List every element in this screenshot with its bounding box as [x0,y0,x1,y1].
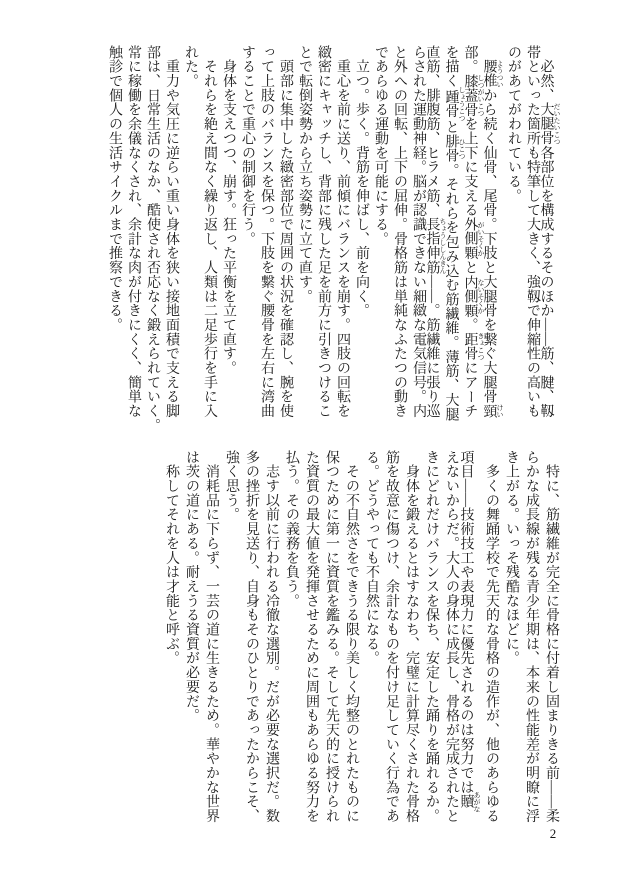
text-line: 志す以前に行われる冷徹な選別。だが必要な選択だ。数 [261,450,281,828]
text-line: 多の挫折を見送り、自身もそのひとりであったからこそ、 [241,450,261,828]
page-number: 2 [543,826,563,842]
text-line: 保つために第一に資質を鑑みる。そして先天的に授けられ [321,450,341,828]
text-line: れた。 [181,45,200,423]
text-line: 特に、筋繊維が完全に骨格に付着し固まりきる前――柔 [541,450,561,828]
text-line: 多くの舞踊学校で先天的な骨格の造作が、他のあらゆる [481,450,501,828]
text-line: らかな成長線が残る青少年期は、本来の性能差が明瞭に浮 [521,450,541,828]
text-line: は茨の道にある。耐えうる資質が必要だ。 [181,450,201,828]
text-line: って上肢のバランスを保つ。下肢を繋ぐ腰骨を左右に湾曲 [257,45,276,423]
ruby-annotated-term: 外側顆がいそくか [463,217,478,260]
text-line: 腰椎ようついから続く仙骨、尾骨。下肢と大腿骨を繋ぐ大腿骨頸けい [485,45,504,423]
text-line: 部は、日常生活のなか、酷使され否応なく鍛えられていく。 [143,45,162,423]
text-line: えないからだ。大人の身体に成長し、骨格が完成されたと [441,450,461,828]
text-line: その不自然さをできうる限り美しく均整のとれたものに [341,450,361,828]
text-line: それらを絶え間なく繰り返し、人類は二足歩行を手に入 [200,45,219,423]
text-line: 身体を鍛えるとはすなわち、完璧に計算尽くされた骨格 [401,450,421,828]
text-line: 緻密にキャッチし、背部に残した足を前方に引きつけるこ [314,45,333,423]
text-line: 立つ。歩く。背筋を伸ばし、前を向く。 [352,45,371,423]
text-line: らされた運動神経。脳が認識できない細緻な電気信号。内 [409,45,428,423]
text-line: 頭部に集中した緻密部位で周囲の状況を確認し、腕を使 [276,45,295,423]
text-line: のがあてがわれている。 [504,45,523,423]
ruby-annotated-term: 腓骨ひこつ [444,134,459,163]
ruby-annotated-term: 距骨きょこつ [463,332,478,361]
text-line: 筋を故意に傷つけ、余計なものを付け足していく行為であ [381,450,401,828]
text-line: た資質の最大値を発揮させるために周囲もあらゆる努力を [301,450,321,828]
text-line: る。どうやっても不自然になる。 [361,450,381,828]
text-line: 項目――技術技工や表現力に優先されるのは努力では贖あがな [461,450,481,828]
text-line: き上がる。いっそ残酷なほどに。 [501,450,521,828]
text-line: とで転倒姿勢から立ち姿勢に立て直す。 [295,45,314,423]
book-page: 必然、大腿骨だいたいこつ各部位を構成するそのほか――筋、腱、靱帯といった箇所も特… [0,0,633,888]
text-line: 触診で個人の生活サイクルまで推察できる。 [105,45,124,423]
ruby-annotated-term: 頸けい [482,404,497,418]
text-line: 身体を支えつつ、崩す。狂った平衡を立て直す。 [219,45,238,423]
text-line: 称してそれを人は才能と呼ぶ。 [161,450,181,828]
text-line: 帯といった箇所も特筆して大きく、強靱で伸縮性の高いも [523,45,542,423]
text-line: 重心を前に送り、前傾にバランスを崩す。四肢の回転を [333,45,352,423]
text-line: 必然、大腿骨だいたいこつ各部位を構成するそのほか――筋、腱、靱 [542,45,561,423]
vertical-text-block-upper: 必然、大腿骨だいたいこつ各部位を構成するそのほか――筋、腱、靱帯といった箇所も特… [105,45,561,423]
vertical-text-block-lower: 特に、筋繊維が完全に骨格に付着し固まりきる前――柔らかな成長線が残る青少年期は、… [161,450,561,828]
text-line: きにどれだけバランスを保ち、安定した踊りを踊れるか。 [421,450,441,828]
ruby-annotated-term: 踵骨しょうこつ [444,88,459,120]
text-line: することで重心の制御を行う。 [238,45,257,423]
text-line: と外への回転、上下の屈伸。骨格筋は単純なふたつの動き [390,45,409,423]
text-line: 重力や気圧に逆らい重い身体を狭い接地面積で支える脚 [162,45,181,423]
text-line: 常に稼働を余儀なくされ、余計な肉が付きにくく、簡単な [124,45,143,423]
text-line: 払う。その義務を負う。 [281,450,301,828]
text-line: 強く思う。 [221,450,241,828]
ruby-annotated-term: 内側顆ないそくか [463,275,478,318]
text-line: 消耗品に下らず、一芸の道に生きるため。華やかな世界 [201,450,221,828]
text-line: であらゆる運動を可能にする。 [371,45,390,423]
